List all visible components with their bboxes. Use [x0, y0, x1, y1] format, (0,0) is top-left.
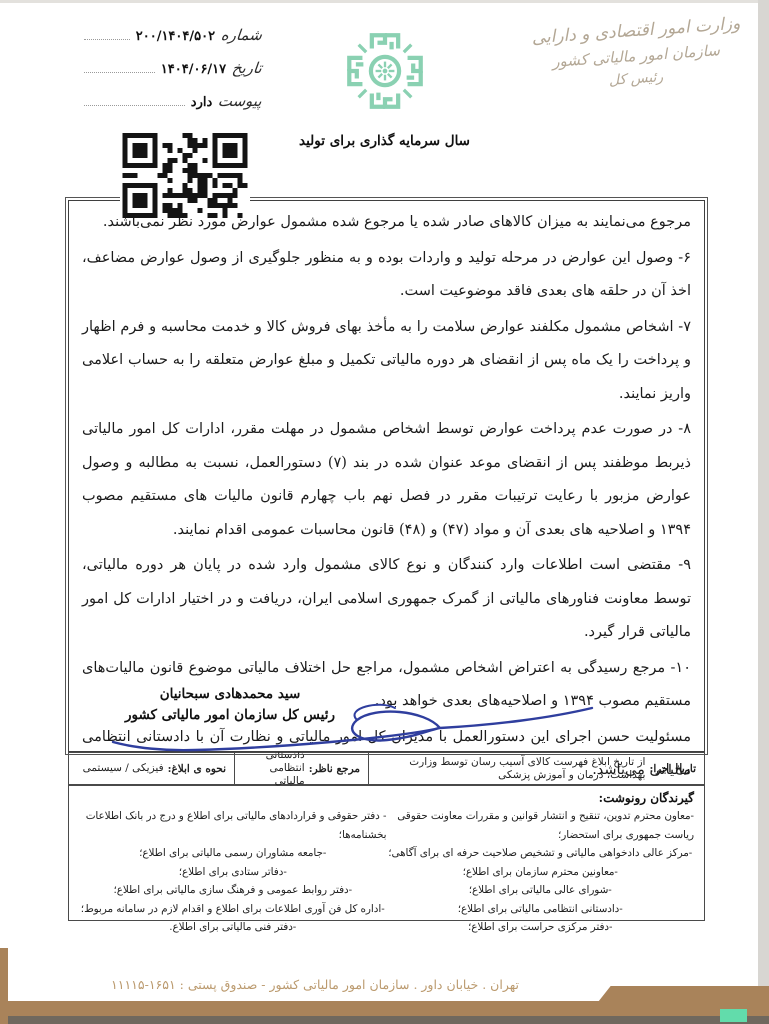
cc-item: -معاون محترم تدوین، تنقیح و انتشار قوانی…	[387, 807, 695, 844]
cc-item: -شورای عالی مالیاتی برای اطلاع؛	[387, 881, 695, 900]
cc-title: گیرندگان رونوشت:	[79, 789, 694, 807]
document-page: شماره ۲۰۰/۱۴۰۴/۵۰۲ تاریخ ۱۴۰۴/۰۶/۱۷ پیوس…	[0, 0, 769, 1024]
cc-item: -معاونین محترم سازمان برای اطلاع؛	[387, 863, 695, 882]
cc-right-column: -معاون محترم تدوین، تنقیح و انتشار قوانی…	[387, 807, 695, 937]
letter-meta-block: شماره ۲۰۰/۱۴۰۴/۵۰۲ تاریخ ۱۴۰۴/۰۶/۱۷ پیوس…	[84, 26, 262, 125]
letter-date-row: تاریخ ۱۴۰۴/۰۶/۱۷	[84, 59, 262, 92]
cc-item: -مرکز عالی دادخواهی مالیاتی و تشخیص صلاح…	[387, 844, 695, 863]
paragraph-8: ۸- در صورت عدم پرداخت عوارض توسط اشخاص م…	[82, 413, 691, 547]
date-label: تاریخ	[231, 59, 263, 77]
dotted-line	[84, 60, 155, 73]
cc-left-column: - دفتر حقوقی و قراردادهای مالیاتی برای ا…	[79, 807, 387, 937]
scan-edge-right	[758, 0, 769, 1024]
number-value: ۲۰۰/۱۴۰۴/۵۰۲	[136, 29, 215, 44]
paragraph-7: ۷- اشخاص مشمول مکلفند عوارض سلامت را به …	[82, 311, 691, 412]
cc-item: -دفتر روابط عمومی و فرهنگ سازی مالیاتی ب…	[79, 881, 387, 900]
letter-number-row: شماره ۲۰۰/۱۴۰۴/۵۰۲	[84, 26, 262, 59]
footer-dark-strip	[0, 1016, 769, 1024]
attachment-label: پیوست	[217, 92, 263, 110]
attachment-value: دارد	[191, 95, 212, 110]
qr-code-icon	[120, 133, 250, 218]
cc-item: -دفتر مرکزی حراست برای اطلاع؛	[387, 918, 695, 937]
cc-item: -جامعه مشاوران رسمی مالیاتی برای اطلاع؛	[79, 844, 387, 863]
number-label: شماره	[220, 26, 263, 44]
tax-organization-logo-icon	[338, 24, 432, 110]
cc-item: - دفتر حقوقی و قراردادهای مالیاتی برای ا…	[79, 807, 387, 844]
cc-item: -اداره کل فن آوری اطلاعات برای اطلاع و ا…	[79, 900, 387, 919]
letterhead-block: وزارت امور اقتصادی و دارایی سازمان امور …	[521, 18, 751, 90]
signature-scribble-icon	[95, 698, 600, 756]
letter-body: مرجوع می‌نمایند به میزان کالاهای صادر شد…	[68, 200, 705, 752]
cc-recipients-box: گیرندگان رونوشت: -معاون محترم تدوین، تنق…	[68, 785, 705, 921]
left-edge-brown-strip	[0, 948, 8, 1024]
footer-green-chip	[720, 1009, 747, 1022]
slogan-text: سال سرمایه گذاری برای تولید	[0, 133, 769, 149]
paragraph-9: ۹- مقتضی است اطلاعات وارد کنندگان و نوع …	[82, 549, 691, 650]
footer-address: تهران . خیابان داور . سازمان امور مالیات…	[55, 977, 575, 992]
dotted-line	[84, 27, 130, 40]
cc-item: -دادستانی انتظامی مالیاتی برای اطلاع؛	[387, 900, 695, 919]
date-value: ۱۴۰۴/۰۶/۱۷	[161, 62, 226, 77]
paragraph-6: ۶- وصول این عوارض در مرحله تولید و واردا…	[82, 242, 691, 309]
cc-item: -دفتر فنی مالیاتی برای اطلاع.	[79, 918, 387, 937]
scan-edge-top	[0, 0, 769, 3]
letter-attachment-row: پیوست دارد	[84, 92, 262, 125]
dotted-line	[84, 93, 185, 106]
cc-item: -دفاتر ستادی برای اطلاع؛	[79, 863, 387, 882]
